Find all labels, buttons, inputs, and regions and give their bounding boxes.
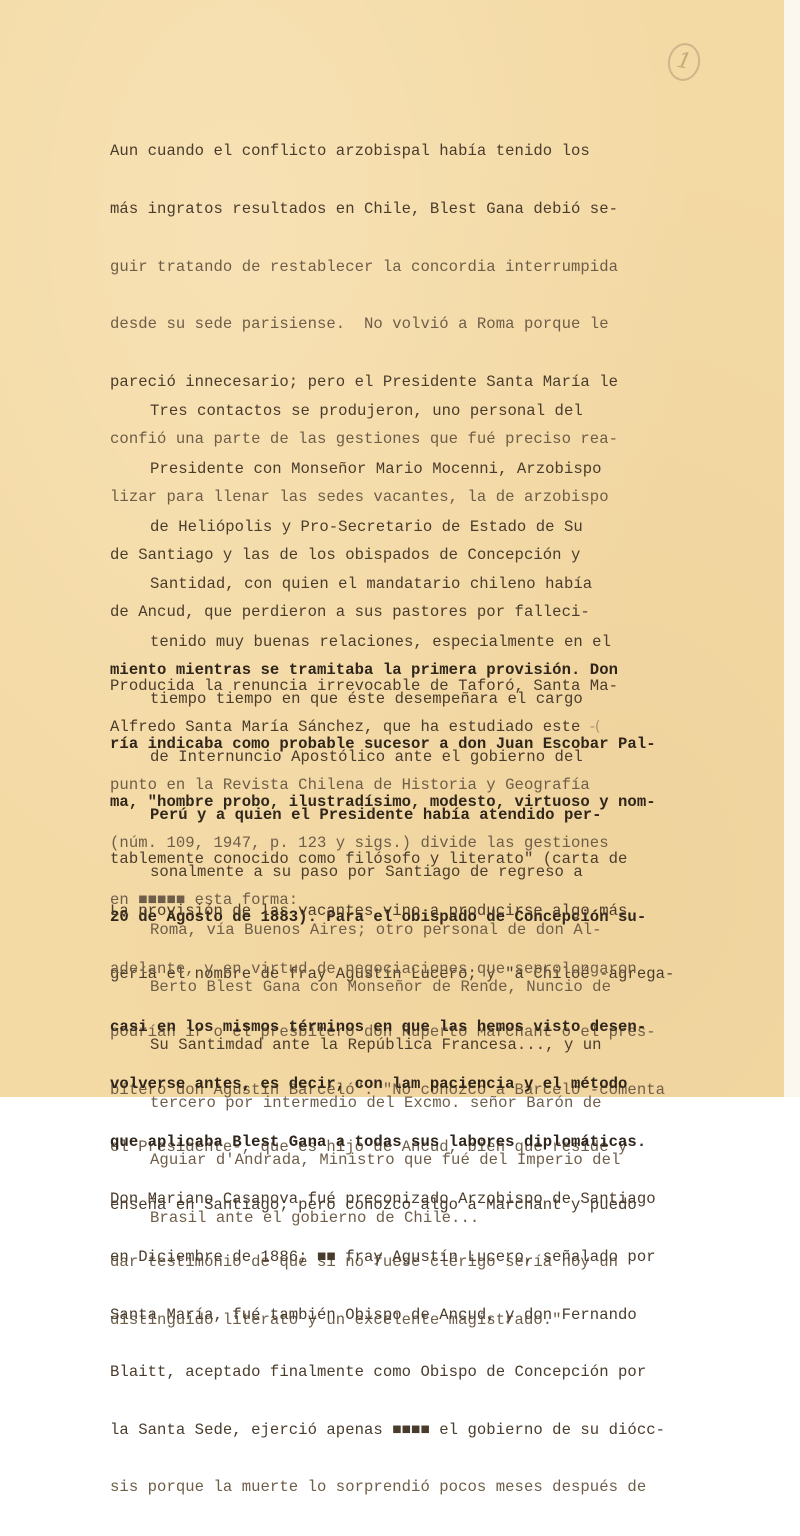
quote-line: Tres contactos se produjeron, uno person…: [150, 402, 620, 421]
quote-line: Santidad, con quien el mandatario chilen…: [150, 575, 620, 594]
text-line: Producida la renuncia irrevocable de Taf…: [110, 677, 674, 696]
text-line: La provisión de las vacantes vino a prod…: [110, 902, 665, 921]
text-line: más ingratos resultados en Chile, Blest …: [110, 200, 618, 219]
document-page: 1 Aun cuando el conflicto arzobispal hab…: [0, 0, 784, 1097]
text-line: ría indicaba como probable sucesor a don…: [110, 735, 674, 754]
scan-edge: [784, 0, 800, 1097]
text-line: volverse antes, es decir, con lam pacien…: [110, 1075, 665, 1094]
text-line: Aun cuando el conflicto arzobispal había…: [110, 142, 618, 161]
text-line: ma, "hombre probo, ilustradísimo, modest…: [110, 793, 674, 812]
quote-line: Presidente con Monseñor Mario Mocenni, A…: [150, 460, 620, 479]
paragraph-vacancies: La provisión de las vacantes vino a prod…: [110, 864, 665, 1097]
text-line: adelante, y en virtud de negociaciones q…: [110, 960, 665, 979]
text-line: casi en los mismos términos en que las h…: [110, 1018, 665, 1037]
text-line: guir tratando de restablecer la concordi…: [110, 258, 618, 277]
quote-line: de Heliópolis y Pro-Secretario de Estado…: [150, 518, 620, 537]
handwritten-page-number: 1: [664, 40, 703, 84]
text-line: desde su sede parisiense. No volvió a Ro…: [110, 315, 618, 334]
